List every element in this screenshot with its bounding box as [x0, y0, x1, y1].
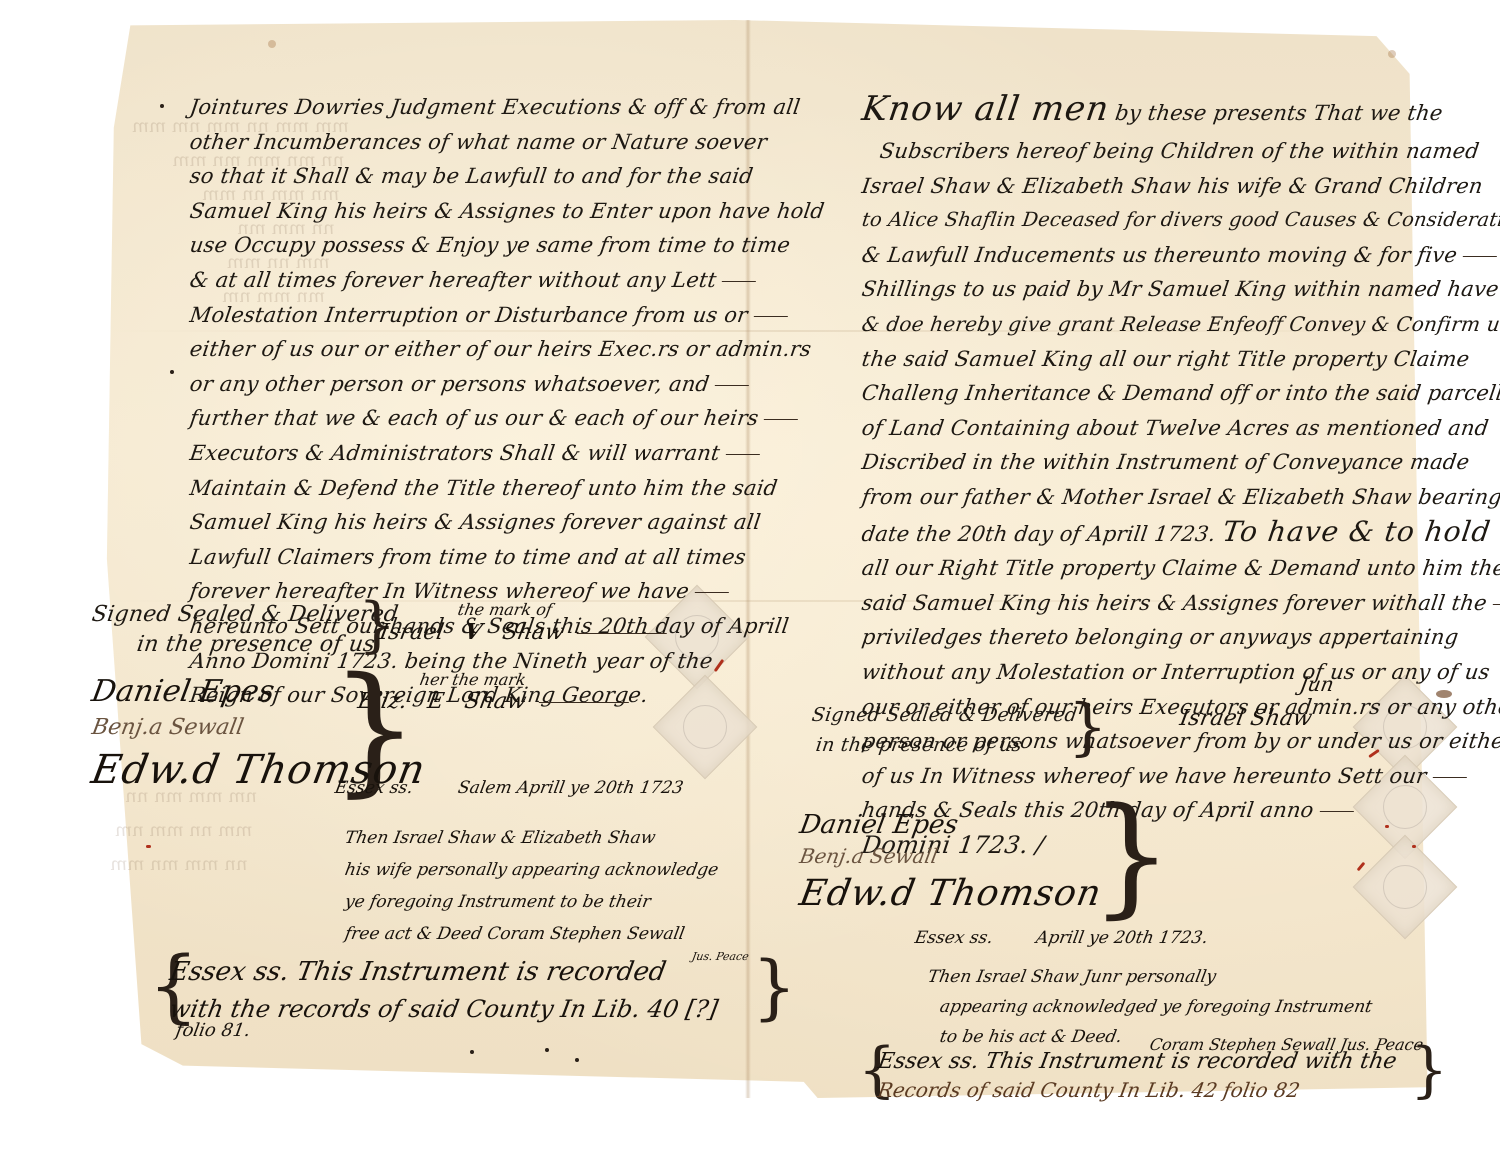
right-grantor-jun: Jun	[1300, 672, 1334, 696]
body-line: Shillings to us paid by Mr Samuel King w…	[860, 272, 1455, 307]
body-line: either of us our or either of our heirs …	[188, 332, 773, 367]
brace: }	[1090, 790, 1173, 920]
stain	[268, 40, 276, 48]
ink-blot	[575, 1058, 579, 1062]
body-line: all our Right Title property Claime & De…	[860, 551, 1455, 586]
body-line: or any other person or persons whatsoeve…	[188, 367, 773, 402]
body-line: without any Molestation or Interruption …	[860, 655, 1455, 690]
habendum-clause: To have & to hold	[1221, 515, 1494, 548]
body-line: Molestation Interruption or Disturbance …	[188, 298, 773, 333]
left-folio: folio 81.	[176, 1020, 250, 1041]
body-line: the said Samuel King all our right Title…	[860, 342, 1455, 377]
ink-blot	[545, 1048, 549, 1052]
body-line: Subscribers hereof being Children of the…	[860, 134, 1455, 169]
body-line: of Land Containing about Twelve Acres as…	[860, 411, 1455, 446]
body-line: Samuel King his heirs & Assignes forever…	[188, 505, 773, 540]
right-attestation: Signed Sealed & Delivered in the presenc…	[812, 700, 1077, 760]
stain	[1388, 50, 1396, 58]
opening-line: Know all men by these presents That we t…	[859, 88, 1455, 134]
body-line: & at all times forever hereafter without…	[188, 263, 773, 298]
opening-know-all-men: Know all men	[859, 89, 1111, 129]
right-witnesses: Daniel Epes Benj.a Sewall Edw.d Thomson	[800, 808, 1101, 918]
body-line: Challeng Inheritance & Demand off or int…	[860, 376, 1455, 411]
body-line: priviledges thereto belonging or anyways…	[860, 620, 1455, 655]
body-line: Samuel King his heirs & Assignes to Ente…	[188, 194, 773, 229]
body-line: so that it Shall & may be Lawfull to and…	[188, 159, 773, 194]
body-line: Executors & Administrators Shall & will …	[188, 436, 773, 471]
body-line: to Alice Shaflin Deceased for divers goo…	[860, 203, 1455, 238]
body-line: use Occupy possess & Enjoy ye same from …	[188, 228, 773, 263]
brace: }	[1410, 1040, 1448, 1100]
body-line: Discribed in the within Instrument of Co…	[860, 445, 1455, 480]
body-line: & doe hereby give grant Release Enfeoff …	[860, 307, 1455, 342]
body-line: Israel Shaw & Elizabeth Shaw his wife & …	[860, 169, 1455, 204]
brace: }	[1068, 690, 1107, 763]
right-recording-note: Essex ss. This Instrument is recorded wi…	[878, 1048, 1396, 1104]
body-line: & Lawfull Inducements us thereunto movin…	[860, 238, 1455, 273]
right-grantor-signature: Israel Shaw	[1180, 706, 1312, 731]
left-acknowledgment: Then Israel Shaw & Elizabeth Shaw his wi…	[345, 822, 718, 950]
body-line: said Samuel King his heirs & Assignes fo…	[860, 586, 1455, 621]
left-recording-note: Essex ss. This Instrument is recorded wi…	[170, 952, 718, 1026]
body-line: further that we & each of us our & each …	[188, 401, 773, 436]
right-acknowledgment-heading: Essex ss. Aprill ye 20th 1723.	[915, 928, 1208, 948]
brace: }	[752, 952, 797, 1022]
body-line: date the 20th day of Aprill 1723. To hav…	[859, 515, 1454, 552]
left-acknowledgment-heading: Essex ss. Salem Aprill ye 20th 1723	[335, 778, 683, 798]
margin-dot	[160, 104, 164, 108]
body-line: Jointures Dowries Judgment Executions & …	[188, 90, 773, 125]
wax-fleck	[146, 845, 151, 848]
margin-dot	[170, 370, 174, 374]
body-line: other Incumberances of what name or Natu…	[188, 125, 773, 160]
ink-blot	[470, 1050, 474, 1054]
body-line: Maintain & Defend the Title thereof unto…	[188, 471, 773, 506]
left-grantor-israel: the mark of Israel V Shaw	[380, 600, 667, 645]
body-line: Lawfull Claimers from time to time and a…	[188, 540, 773, 575]
body-line: from our father & Mother Israel & Elizab…	[860, 480, 1455, 515]
